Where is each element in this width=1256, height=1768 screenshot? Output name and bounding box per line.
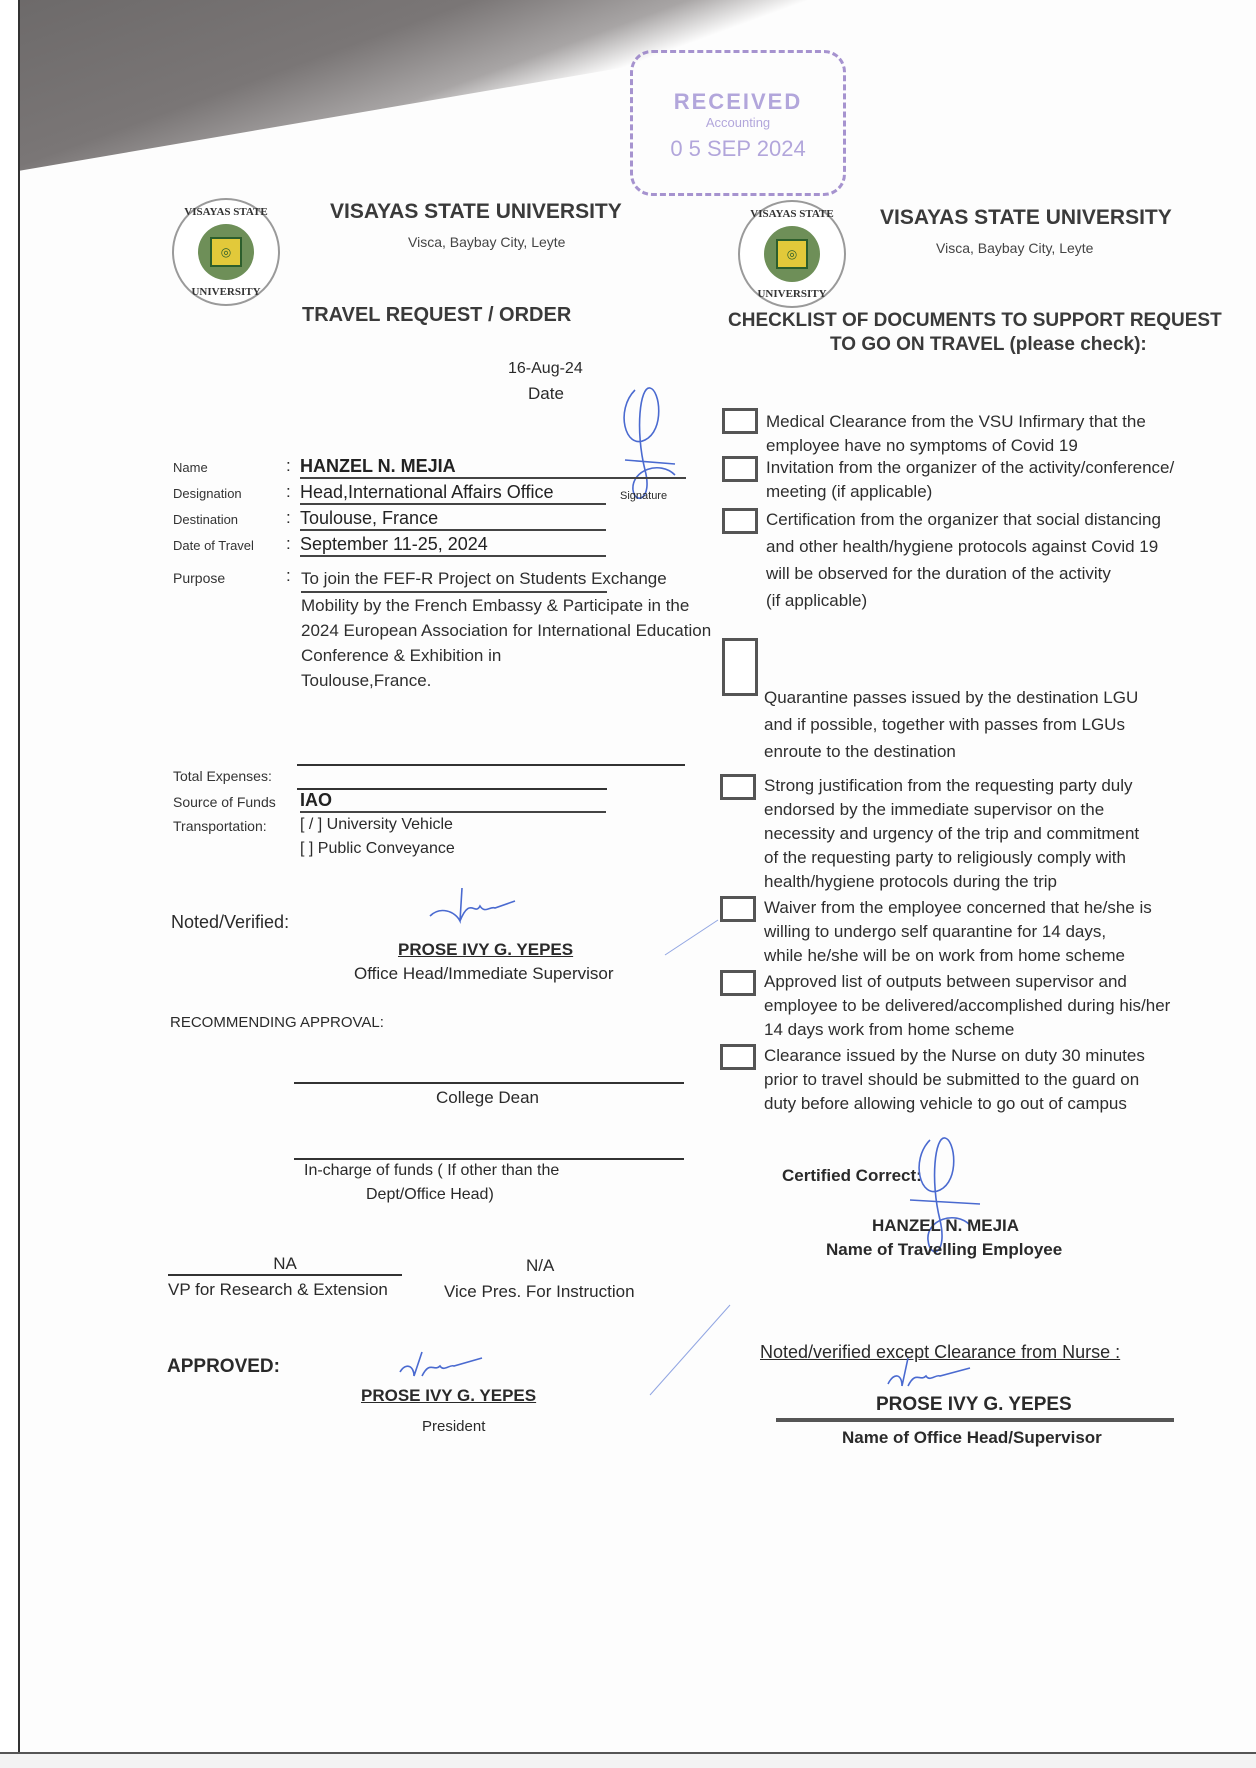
noted-signatory-name: PROSE IVY G. YEPES [398, 940, 573, 960]
funds-incharge-signature-line [294, 1158, 684, 1160]
approved-label: APPROVED: [167, 1356, 280, 1378]
pen-stroke [640, 1300, 740, 1400]
noted-signatory-title: Office Head/Immediate Supervisor [354, 964, 614, 984]
checklist-item: Approved list of outputs between supervi… [722, 970, 1242, 1044]
university-address-left: Visca, Baybay City, Leyte [408, 234, 565, 250]
transport-university-vehicle[interactable]: [ / ] University Vehicle [300, 816, 453, 834]
checklist-checkbox[interactable] [720, 896, 756, 922]
checklist-item: Medical Clearance from the VSU Infirmary… [722, 408, 1242, 456]
funds-incharge-title-2: Dept/Office Head) [366, 1186, 494, 1204]
office-head-name: PROSE IVY G. YEPES [876, 1394, 1072, 1416]
transport-public-conveyance[interactable]: [ ] Public Conveyance [300, 840, 455, 858]
transportation-label: Transportation: [173, 818, 267, 834]
scan-shadow [18, 0, 1018, 190]
source-of-funds-value: IAO [300, 790, 606, 813]
checklist-checkbox[interactable] [722, 456, 758, 482]
checklist-item: Certification from the organizer that so… [722, 506, 1242, 646]
vp-research-title: VP for Research & Extension [168, 1280, 388, 1300]
date-of-travel-label: Date of Travel [173, 538, 254, 553]
checklist-checkbox[interactable] [720, 774, 756, 800]
college-dean-signature-line [294, 1082, 684, 1084]
checklist-item: Strong justification from the requesting… [722, 774, 1242, 896]
checklist-item: Clearance issued by the Nurse on duty 30… [722, 1044, 1242, 1124]
stamp-date: 0 5 SEP 2024 [633, 136, 843, 162]
funds-incharge-title-1: In-charge of funds ( If other than the [304, 1162, 559, 1180]
vp-instruction-value: N/A [526, 1256, 554, 1276]
stamp-title: RECEIVED [633, 89, 843, 115]
noted-verified-label: Noted/Verified: [171, 912, 289, 933]
scan-left-edge [0, 0, 20, 1768]
vsu-logo-left: VISAYAS STATE ◎ UNIVERSITY [172, 198, 280, 306]
designation-value: Head,International Affairs Office [300, 482, 606, 505]
request-date: 16-Aug-24 [508, 360, 583, 378]
checklist-checkbox[interactable] [722, 508, 758, 534]
checklist-item: Invitation from the organizer of the act… [722, 456, 1242, 506]
stamp-office: Accounting [633, 115, 843, 130]
president-title: President [422, 1418, 485, 1435]
university-address-right: Visca, Baybay City, Leyte [936, 240, 1093, 256]
signature-label: Signature [620, 490, 667, 502]
date-of-travel-value: September 11-25, 2024 [300, 534, 606, 557]
received-stamp: RECEIVED Accounting 0 5 SEP 2024 [630, 50, 846, 196]
vp-research-value: NA [168, 1254, 402, 1276]
traveling-employee-title: Name of Travelling Employee [826, 1240, 1062, 1260]
checklist-checkbox[interactable] [720, 970, 756, 996]
signature-mark [392, 1350, 492, 1390]
university-name-left: VISAYAS STATE UNIVERSITY [330, 200, 622, 224]
office-head-title: Name of Office Head/Supervisor [842, 1428, 1102, 1448]
traveling-employee-name: HANZEL N. MEJIA [872, 1216, 1019, 1236]
checklist-item: Waiver from the employee concerned that … [722, 896, 1242, 970]
purpose-text: To join the FEF-R Project on Students Ex… [301, 566, 711, 693]
office-head-signature-line [776, 1418, 1174, 1422]
checklist-checkbox[interactable] [722, 638, 758, 696]
seal-icon: ◎ [776, 239, 808, 269]
vsu-logo-right: VISAYAS STATE ◎ UNIVERSITY [738, 200, 846, 308]
expenses-line-top [297, 764, 685, 766]
university-name-right: VISAYAS STATE UNIVERSITY [880, 206, 1172, 230]
form-title: TRAVEL REQUEST / ORDER [302, 304, 571, 327]
recommending-approval-label: RECOMMENDING APPROVAL: [170, 1014, 384, 1031]
president-name: PROSE IVY G. YEPES [361, 1386, 536, 1406]
destination-label: Destination [173, 512, 238, 527]
name-value: HANZEL N. MEJIA [300, 456, 686, 479]
checklist-checkbox[interactable] [722, 408, 758, 434]
source-of-funds-label: Source of Funds [173, 794, 276, 810]
total-expenses-label: Total Expenses: [173, 768, 272, 784]
name-label: Name [173, 460, 208, 475]
checklist: Medical Clearance from the VSU Infirmary… [722, 408, 1242, 1124]
scan-bottom-edge [0, 1752, 1256, 1768]
checklist-title-line2: TO GO ON TRAVEL (please check): [830, 334, 1147, 356]
request-date-label: Date [528, 384, 564, 404]
purpose-label: Purpose [173, 570, 225, 586]
destination-value: Toulouse, France [300, 508, 606, 531]
checklist-checkbox[interactable] [720, 1044, 756, 1070]
signature-mark [420, 886, 520, 936]
pen-stroke [660, 910, 720, 960]
seal-icon: ◎ [210, 237, 242, 267]
vp-instruction-title: Vice Pres. For Instruction [444, 1282, 635, 1302]
checklist-item: Quarantine passes issued by the destinat… [722, 646, 1242, 764]
checklist-title-line1: CHECKLIST OF DOCUMENTS TO SUPPORT REQUES… [728, 310, 1222, 332]
college-dean-title: College Dean [436, 1088, 539, 1108]
designation-label: Designation [173, 486, 242, 501]
